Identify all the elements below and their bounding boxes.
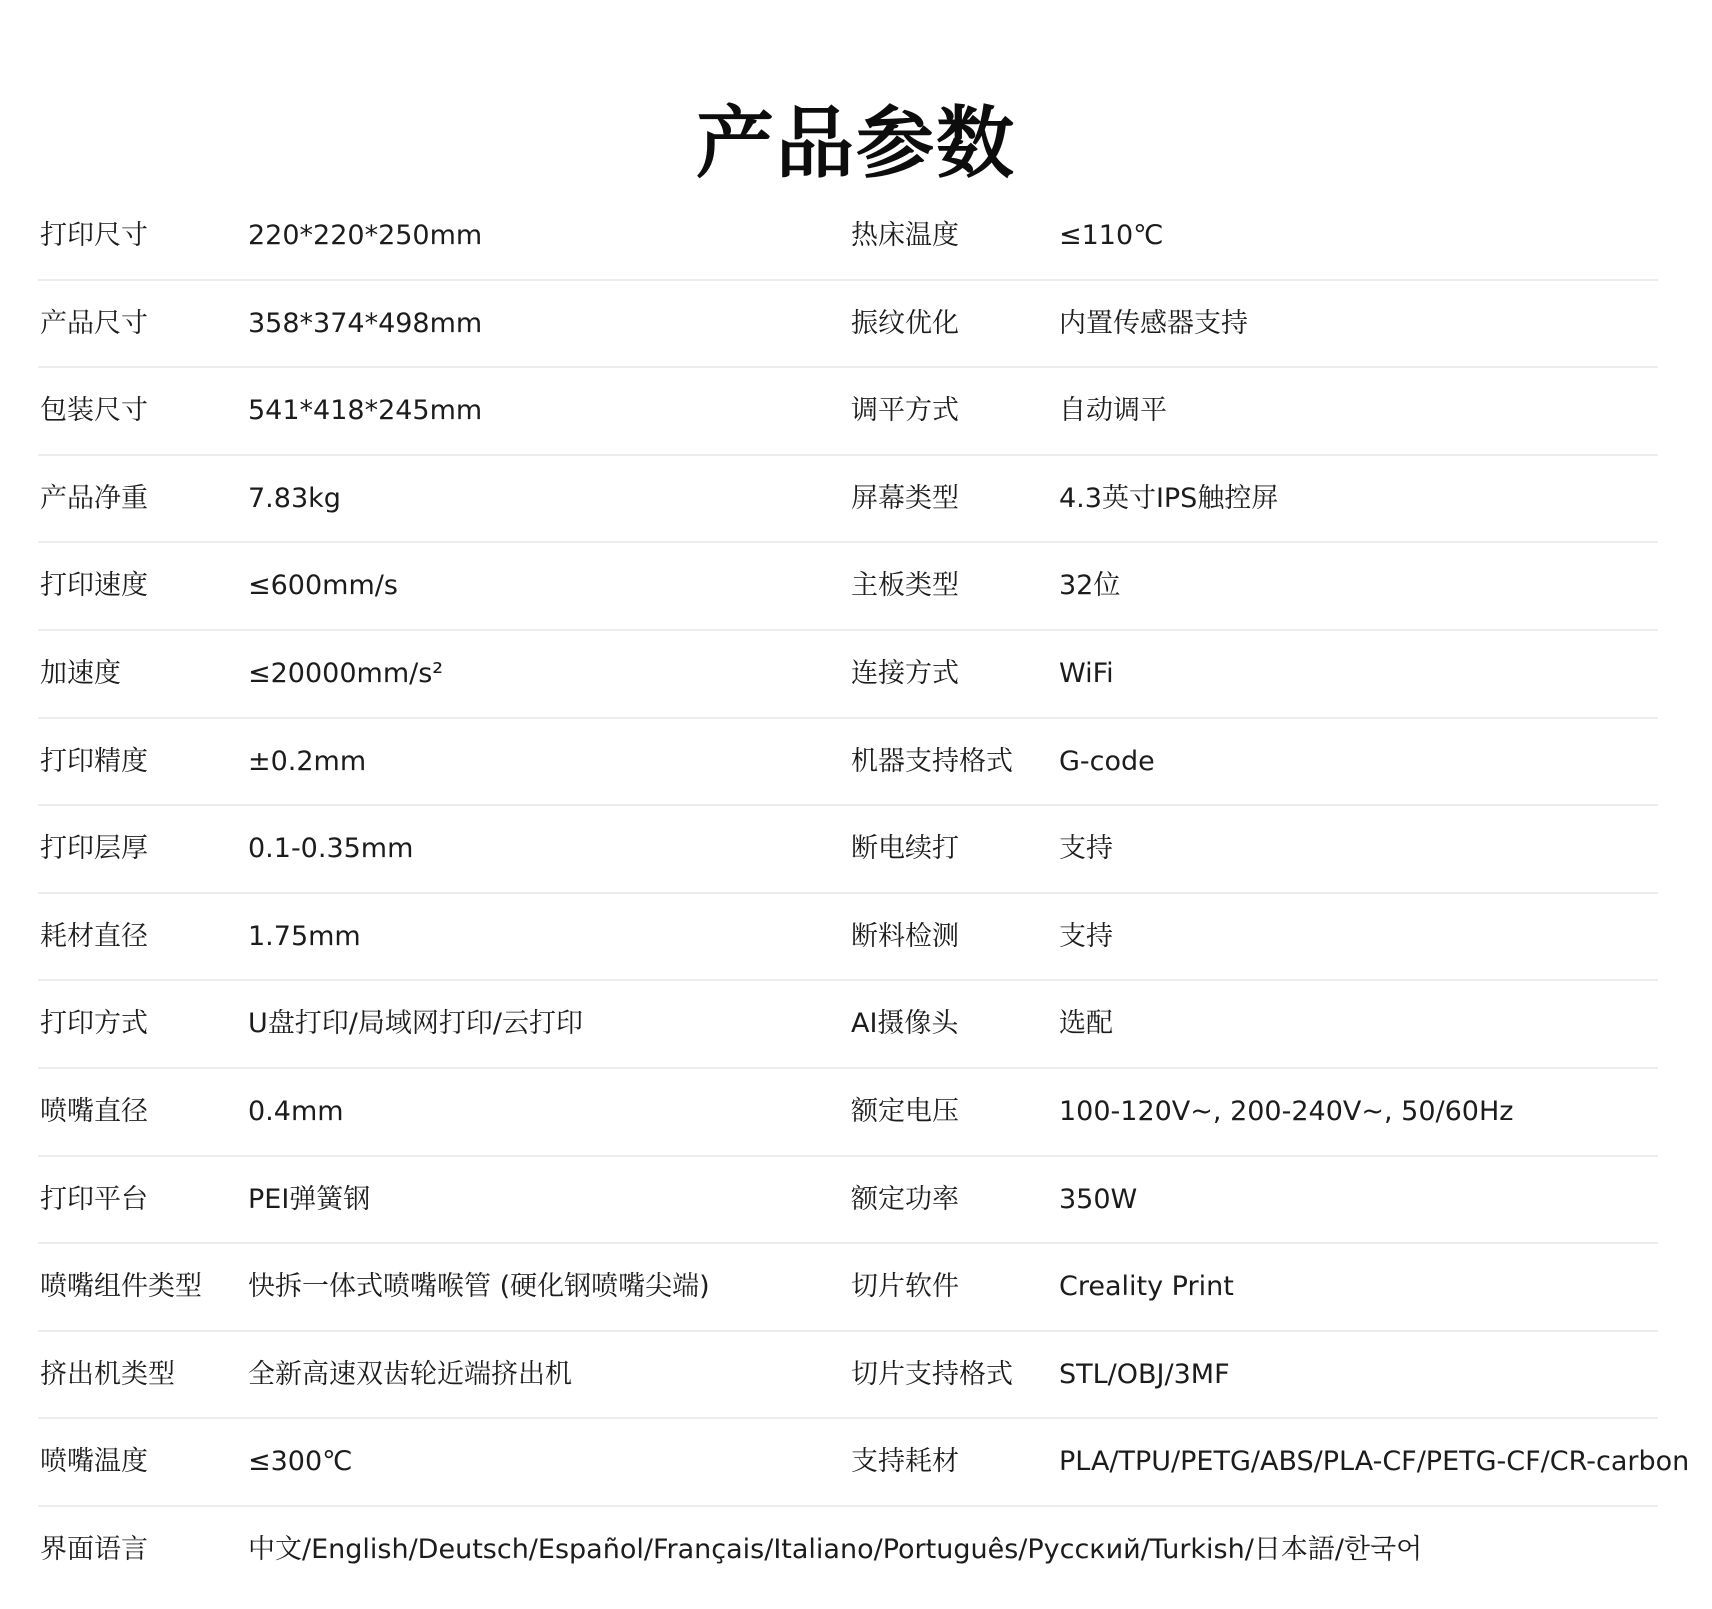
spec-value: 32位: [1059, 543, 1120, 629]
spec-value: 220*220*250mm: [248, 193, 482, 279]
spec-row-print-speed: 打印速度 ≤600mm/s 主板类型 32位: [38, 543, 1658, 631]
spec-label: 挤出机类型: [40, 1332, 175, 1418]
spec-value: WiFi: [1059, 631, 1114, 717]
spec-label: 断料检测: [851, 894, 959, 980]
spec-label: 打印精度: [40, 719, 148, 805]
spec-table: 打印尺寸 220*220*250mm 热床温度 ≤110℃ 产品尺寸 358*3…: [38, 193, 1658, 1595]
spec-label: 连接方式: [851, 631, 959, 717]
spec-label: 打印方式: [40, 981, 148, 1067]
spec-row-print-size: 打印尺寸 220*220*250mm 热床温度 ≤110℃: [38, 193, 1658, 281]
spec-row-print-method: 打印方式 U盘打印/局域网打印/云打印 AI摄像头 选配: [38, 981, 1658, 1069]
spec-label: 额定电压: [851, 1069, 959, 1155]
spec-row-print-precision: 打印精度 ±0.2mm 机器支持格式 G-code: [38, 719, 1658, 807]
spec-value: 350W: [1059, 1157, 1137, 1243]
spec-value: ≤20000mm/s²: [248, 631, 443, 717]
spec-label: 喷嘴组件类型: [40, 1244, 202, 1330]
spec-row-net-weight: 产品净重 7.83kg 屏幕类型 4.3英寸IPS触控屏: [38, 456, 1658, 544]
spec-label: 主板类型: [851, 543, 959, 629]
spec-label: 打印层厚: [40, 806, 148, 892]
spec-value: Creality Print: [1059, 1244, 1234, 1330]
spec-label: 切片软件: [851, 1244, 959, 1330]
spec-value: 100-120V~, 200-240V~, 50/60Hz: [1059, 1069, 1513, 1155]
spec-value: 7.83kg: [248, 456, 341, 542]
page-title: 产品参数: [0, 98, 1712, 190]
spec-row-product-size: 产品尺寸 358*374*498mm 振纹优化 内置传感器支持: [38, 281, 1658, 369]
spec-value: STL/OBJ/3MF: [1059, 1332, 1230, 1418]
spec-value: 358*374*498mm: [248, 281, 482, 367]
spec-label: 屏幕类型: [851, 456, 959, 542]
spec-label: 包装尺寸: [40, 368, 148, 454]
spec-label: 喷嘴直径: [40, 1069, 148, 1155]
spec-label: 振纹优化: [851, 281, 959, 367]
spec-row-nozzle-assembly: 喷嘴组件类型 快拆一体式喷嘴喉管 (硬化钢喷嘴尖端) 切片软件 Creality…: [38, 1244, 1658, 1332]
spec-value: 1.75mm: [248, 894, 361, 980]
spec-value: 0.1-0.35mm: [248, 806, 413, 892]
spec-label: 打印速度: [40, 543, 148, 629]
spec-row-nozzle-diameter: 喷嘴直径 0.4mm 额定电压 100-120V~, 200-240V~, 50…: [38, 1069, 1658, 1157]
spec-value: 内置传感器支持: [1059, 281, 1248, 367]
spec-value: ≤110℃: [1059, 193, 1163, 279]
spec-row-package-size: 包装尺寸 541*418*245mm 调平方式 自动调平: [38, 368, 1658, 456]
spec-label: 打印平台: [40, 1157, 148, 1243]
spec-row-nozzle-temperature: 喷嘴温度 ≤300℃ 支持耗材 PLA/TPU/PETG/ABS/PLA-CF/…: [38, 1419, 1658, 1507]
spec-row-extruder-type: 挤出机类型 全新高速双齿轮近端挤出机 切片支持格式 STL/OBJ/3MF: [38, 1332, 1658, 1420]
spec-value: 支持: [1059, 806, 1113, 892]
spec-row-layer-thickness: 打印层厚 0.1-0.35mm 断电续打 支持: [38, 806, 1658, 894]
spec-value: U盘打印/局域网打印/云打印: [248, 981, 583, 1067]
spec-value: 0.4mm: [248, 1069, 344, 1155]
spec-row-acceleration: 加速度 ≤20000mm/s² 连接方式 WiFi: [38, 631, 1658, 719]
spec-value: ≤300℃: [248, 1419, 352, 1505]
spec-label: 断电续打: [851, 806, 959, 892]
spec-label: 喷嘴温度: [40, 1419, 148, 1505]
spec-label: 界面语言: [40, 1507, 148, 1593]
spec-label: 产品尺寸: [40, 281, 148, 367]
spec-value: 自动调平: [1059, 368, 1167, 454]
spec-label: 调平方式: [851, 368, 959, 454]
spec-label: 支持耗材: [851, 1419, 959, 1505]
spec-label: 加速度: [40, 631, 121, 717]
spec-value: 中文/English/Deutsch/Español/Français/Ital…: [248, 1507, 1422, 1593]
spec-value: PEI弹簧钢: [248, 1157, 370, 1243]
spec-row-filament-diameter: 耗材直径 1.75mm 断料检测 支持: [38, 894, 1658, 982]
spec-value: 4.3英寸IPS触控屏: [1059, 456, 1278, 542]
spec-value: ≤600mm/s: [248, 543, 398, 629]
spec-value: 541*418*245mm: [248, 368, 482, 454]
spec-value: G-code: [1059, 719, 1155, 805]
spec-label: 打印尺寸: [40, 193, 148, 279]
spec-row-print-platform: 打印平台 PEI弹簧钢 额定功率 350W: [38, 1157, 1658, 1245]
spec-label: 产品净重: [40, 456, 148, 542]
spec-value: ±0.2mm: [248, 719, 366, 805]
spec-value: PLA/TPU/PETG/ABS/PLA-CF/PETG-CF/CR-carbo…: [1059, 1419, 1689, 1505]
spec-value: 快拆一体式喷嘴喉管 (硬化钢喷嘴尖端): [248, 1244, 710, 1330]
spec-value: 支持: [1059, 894, 1113, 980]
spec-label: AI摄像头: [851, 981, 958, 1067]
spec-label: 机器支持格式: [851, 719, 1013, 805]
spec-label: 额定功率: [851, 1157, 959, 1243]
spec-value: 选配: [1059, 981, 1113, 1067]
spec-value: 全新高速双齿轮近端挤出机: [248, 1332, 572, 1418]
spec-row-interface-language: 界面语言 中文/English/Deutsch/Español/Français…: [38, 1507, 1658, 1595]
spec-label: 热床温度: [851, 193, 959, 279]
spec-label: 切片支持格式: [851, 1332, 1013, 1418]
spec-label: 耗材直径: [40, 894, 148, 980]
